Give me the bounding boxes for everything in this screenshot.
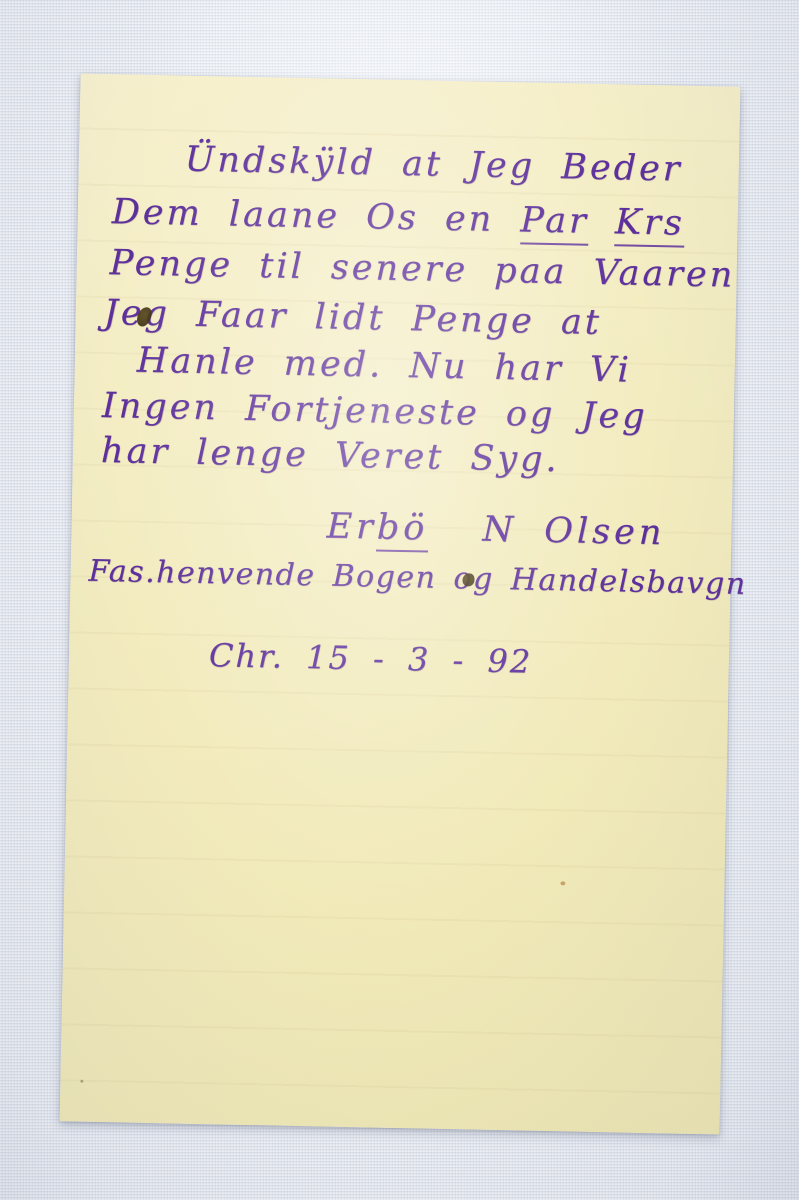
underlined-word: Par: [520, 200, 589, 245]
line-text: Jeg Faar lidt Penge at: [103, 293, 602, 343]
paper-speck: [560, 881, 565, 885]
paper-speck: [80, 1080, 83, 1083]
line-text: har lenge Veret Syg.: [101, 431, 560, 480]
handwriting-line-6: Ingen Fortjeneste og Jeg: [102, 386, 649, 437]
date-line: Chr. 15 - 3 - 92: [209, 636, 533, 680]
letter-paper: Ündskÿld at Jeg Beder Dem laane Os en Pa…: [60, 73, 741, 1134]
handwriting-line-4: Jeg Faar lidt Penge at: [103, 293, 602, 343]
sender-text: Fas.henvende Bogen og Handelsbavgn: [88, 554, 747, 602]
underlined-word: Krs: [615, 202, 686, 247]
line-text: [588, 202, 615, 243]
line-text: Hanle med. Nu har Vi: [136, 341, 632, 391]
handwriting-line-5: Hanle med. Nu har Vi: [136, 341, 632, 391]
handwriting-line-7: har lenge Veret Syg.: [101, 431, 560, 480]
handwriting-line-1: Ündskÿld at Jeg Beder: [184, 140, 682, 190]
signature-text: N Olsen: [428, 509, 666, 554]
photo-backdrop: Ündskÿld at Jeg Beder Dem laane Os en Pa…: [0, 0, 799, 1200]
line-text: Dem laane Os en: [111, 192, 520, 240]
underlined-word: bö: [376, 508, 428, 553]
sender-line: Fas.henvende Bogen og Handelsbavgn: [88, 554, 747, 602]
signature-text: Er: [326, 507, 377, 548]
line-text: Penge til senere paa Vaaren: [109, 243, 735, 296]
signature-line: Erbö N Olsen: [326, 507, 666, 554]
handwriting-line-3: Penge til senere paa Vaaren: [109, 243, 735, 296]
line-text: Ingen Fortjeneste og Jeg: [102, 386, 649, 437]
date-text: Chr. 15 - 3 - 92: [209, 636, 533, 680]
handwriting-line-2: Dem laane Os en Par Krs: [111, 192, 685, 243]
line-text: Ündskÿld at Jeg Beder: [184, 140, 682, 190]
